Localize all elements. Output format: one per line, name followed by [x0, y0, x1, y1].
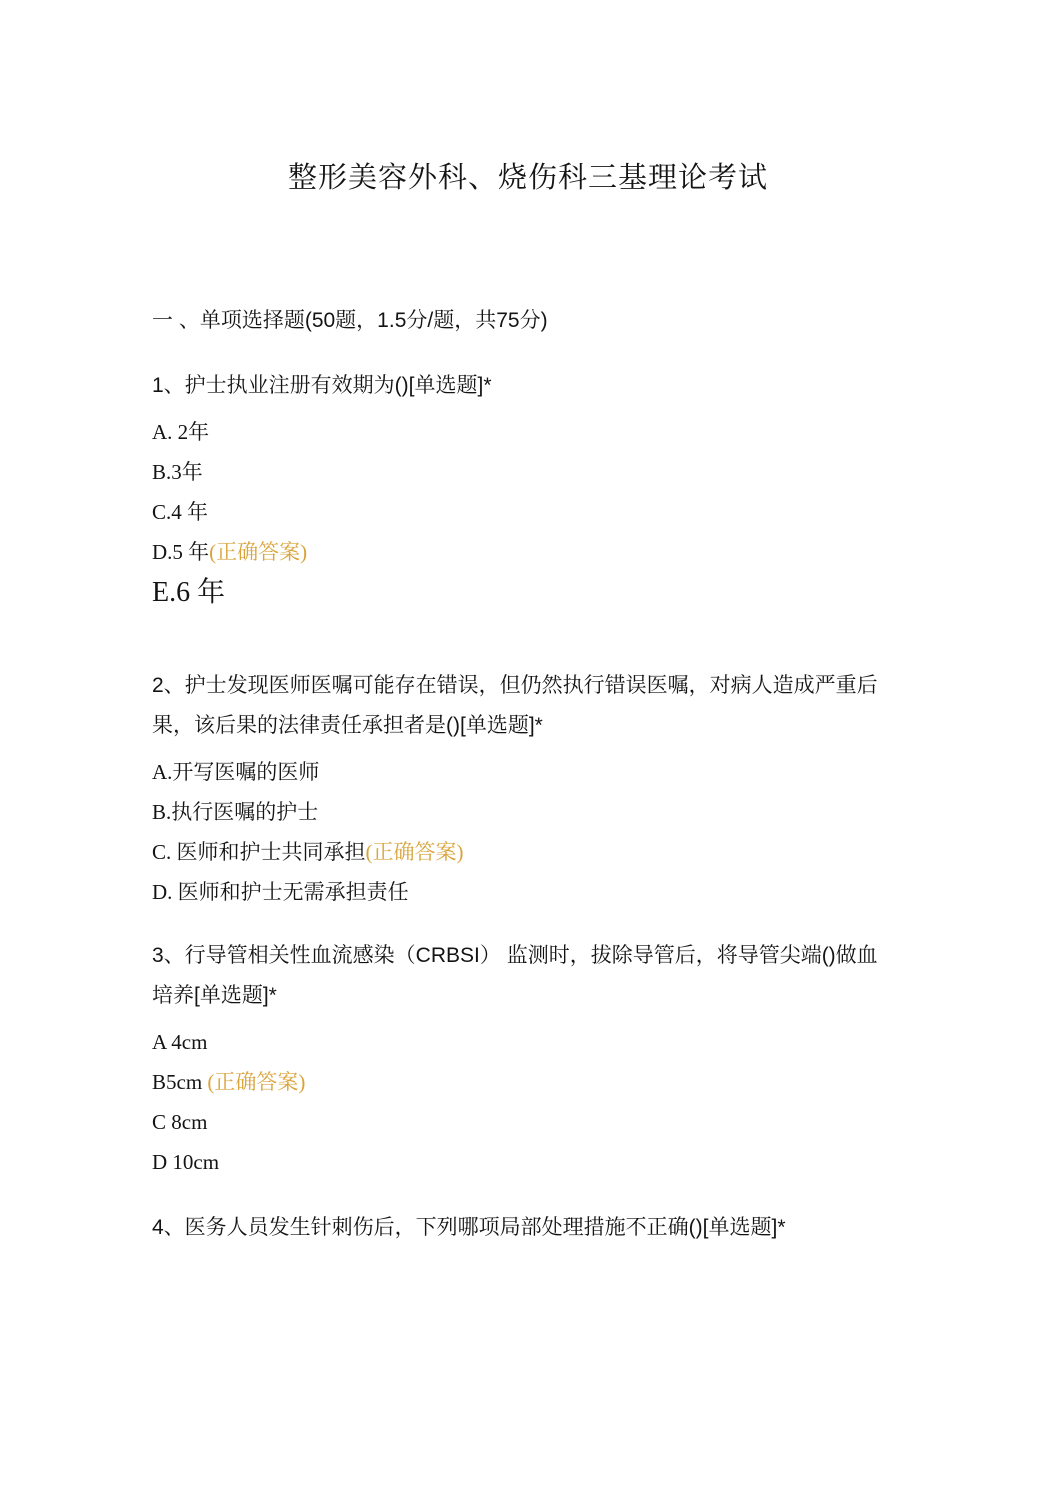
question-text: 4、医务人员发生针刺伤后，下列哪项局部处理措施不正确()[单选题]*	[152, 1208, 906, 1248]
correct-answer-tag: (正确答案)	[366, 840, 464, 864]
exam-document-page: 整形美容外科、烧伤科三基理论考试 一 、单项选择题(50题，1.5分/题，共75…	[0, 0, 1056, 1493]
option-text: D.5 年	[152, 540, 209, 564]
question-1: 1、护士执业注册有效期为()[单选题]*	[152, 366, 906, 406]
question-text-line: 3、行导管相关性血流感染（CRBSI） 监测时，拔除导管后，将导管尖端()做血	[152, 936, 906, 976]
question-1-option-a: A. 2年	[152, 418, 906, 446]
question-1-option-c: C.4 年	[152, 498, 906, 526]
question-text-line: 2、护士发现医师医嘱可能存在错误，但仍然执行错误医嘱，对病人造成严重后	[152, 666, 906, 706]
question-text-line: 果，该后果的法律责任承担者是()[单选题]*	[152, 706, 906, 746]
document-body: 一 、单项选择题(50题，1.5分/题，共75分) 1、护士执业注册有效期为()…	[152, 306, 906, 1248]
question-2-option-c: C. 医师和护士共同承担(正确答案)	[152, 838, 906, 866]
question-text-line: 培养[单选题]*	[152, 976, 906, 1016]
section-heading: 一 、单项选择题(50题，1.5分/题，共75分)	[152, 306, 906, 336]
question-3-option-a: A 4cm	[152, 1028, 906, 1056]
option-text: A 4cm	[152, 1030, 207, 1054]
question-3-option-d: D 10cm	[152, 1148, 906, 1176]
option-text: C 8cm	[152, 1110, 207, 1134]
page-title: 整形美容外科、烧伤科三基理论考试	[0, 0, 1056, 198]
option-text: C. 医师和护士共同承担	[152, 840, 366, 864]
option-text: A.开写医嘱的医师	[152, 760, 319, 784]
question-4: 4、医务人员发生针刺伤后，下列哪项局部处理措施不正确()[单选题]*	[152, 1208, 906, 1248]
question-1-option-e: E.6 年	[152, 576, 906, 610]
question-1-option-d: D.5 年(正确答案)	[152, 538, 906, 566]
option-text: E.6 年	[152, 577, 225, 608]
option-text: A. 2年	[152, 420, 209, 444]
option-text: C.4 年	[152, 500, 208, 524]
option-text: B.3年	[152, 460, 203, 484]
correct-answer-tag: (正确答案)	[207, 1070, 305, 1094]
question-2: 2、护士发现医师医嘱可能存在错误，但仍然执行错误医嘱，对病人造成严重后 果，该后…	[152, 666, 906, 746]
question-3-option-c: C 8cm	[152, 1108, 906, 1136]
option-text: B5cm	[152, 1070, 207, 1094]
question-3-option-b: B5cm (正确答案)	[152, 1068, 906, 1096]
question-1-option-b: B.3年	[152, 458, 906, 486]
question-3: 3、行导管相关性血流感染（CRBSI） 监测时，拔除导管后，将导管尖端()做血 …	[152, 936, 906, 1016]
question-2-option-a: A.开写医嘱的医师	[152, 758, 906, 786]
question-2-option-b: B.执行医嘱的护士	[152, 798, 906, 826]
question-text: 1、护士执业注册有效期为()[单选题]*	[152, 366, 906, 406]
option-text: B.执行医嘱的护士	[152, 800, 318, 824]
option-text: D 10cm	[152, 1150, 219, 1174]
option-text: D. 医师和护士无需承担责任	[152, 880, 409, 904]
correct-answer-tag: (正确答案)	[209, 540, 307, 564]
question-2-option-d: D. 医师和护士无需承担责任	[152, 878, 906, 906]
